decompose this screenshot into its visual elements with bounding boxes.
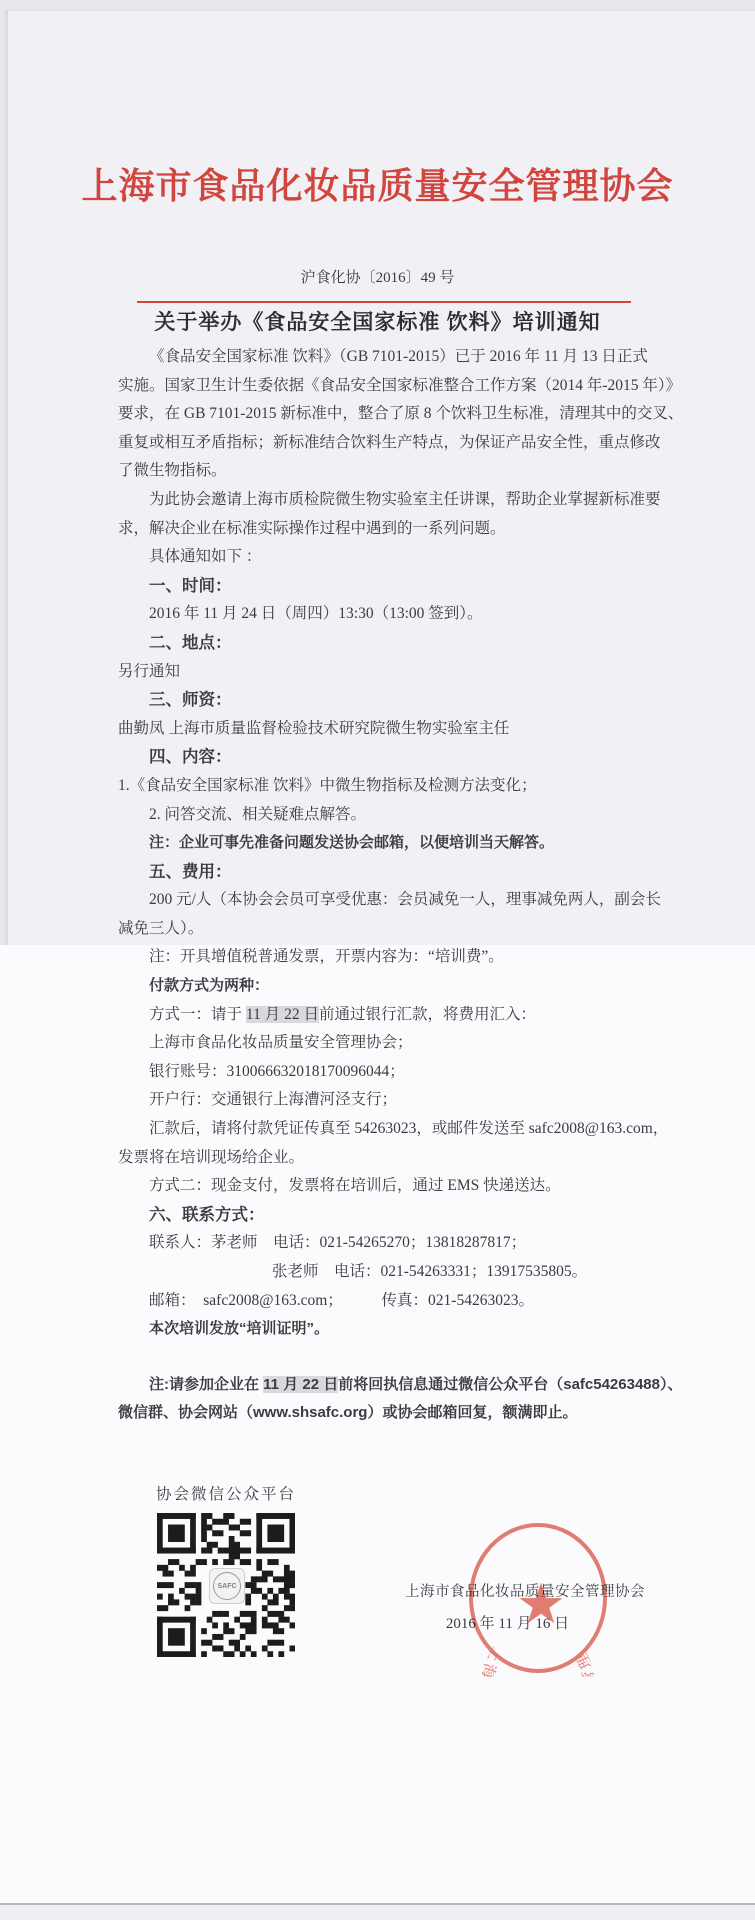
- doc-line: 另行通知: [118, 658, 652, 687]
- doc-line: 要求，在 GB 7101-2015 新标准中，整合了原 8 个饮料卫生标准，清理…: [118, 400, 652, 429]
- doc-line: 2. 问答交流、相关疑难点解答。: [118, 801, 652, 830]
- document-body: 《食品安全国家标准 饮料》（GB 7101-2015）已于 2016 年 11 …: [118, 343, 652, 1428]
- doc-line: 实施。国家卫生计生委依据《食品安全国家标准整合工作方案（2014 年-2015 …: [118, 372, 652, 401]
- doc-line: 三、师资：: [118, 686, 652, 715]
- qr-center-logo: SAFC: [209, 1568, 245, 1604]
- page-scan-left-edge: [5, 10, 8, 945]
- doc-line: 本次培训发放“培训证明”。: [118, 1315, 652, 1344]
- doc-line: 方式二：现金支付，发票将在培训后，通过 EMS 快递送达。: [118, 1172, 652, 1201]
- doc-line: 发票将在培训现场给企业。: [118, 1144, 652, 1173]
- notice-title: 关于举办《食品安全国家标准 饮料》培训通知: [0, 306, 755, 336]
- doc-line: 银行账号：310066632018170096044；: [118, 1058, 652, 1087]
- safc-logo: SAFC: [213, 1572, 241, 1600]
- date-highlight: 11 月 22 日: [246, 1006, 319, 1023]
- doc-line: 200 元/人（本协会会员可享受优惠：会员减免一人，理事减免两人，副会长: [118, 886, 652, 915]
- page-scan-top-edge: [8, 9, 755, 11]
- doc-line: 具体通知如下 ：: [118, 543, 652, 572]
- scanner-background: [0, 1905, 755, 1920]
- doc-line: 重复或相互矛盾指标；新标准结合饮料生产特点，为保证产品安全性，重点修改: [118, 429, 652, 458]
- doc-line: 求，解决企业在标准实际操作过程中遇到的一系列问题。: [118, 515, 652, 544]
- doc-line: 《食品安全国家标准 饮料》（GB 7101-2015）已于 2016 年 11 …: [118, 343, 652, 372]
- doc-line: 2016 年 11 月 24 日（周四）13:30（13:00 签到）。: [118, 600, 652, 629]
- doc-line: 一、时间：: [118, 572, 652, 601]
- doc-line: 上海市食品化妆品质量安全管理协会；: [118, 1029, 652, 1058]
- doc-line: 了微生物指标。: [118, 457, 652, 486]
- doc-line: 为此协会邀请上海市质检院微生物实验室主任讲课，帮助企业掌握新标准要: [118, 486, 652, 515]
- doc-line: 六、联系方式：: [118, 1201, 652, 1230]
- doc-line: 联系人：茅老师 电话：021-54265270；13818287817；: [118, 1229, 652, 1258]
- doc-line: 付款方式为两种：: [118, 972, 652, 1001]
- wechat-qr-code: SAFC: [157, 1513, 295, 1657]
- letterhead-divider-rule: [137, 301, 631, 303]
- org-letterhead-title: 上海市食品化妆品质量安全管理协会: [0, 158, 755, 209]
- doc-line: 曲勤凤 上海市质量监督检验技术研究院微生物实验室主任: [118, 715, 652, 744]
- doc-line: 邮箱： safc2008@163.com； 传真：021-54263023。: [118, 1287, 652, 1316]
- doc-line: 1.《食品安全国家标准 饮料》中微生物指标及检测方法变化；: [118, 772, 652, 801]
- doc-line: 注：企业可事先准备问题发送协会邮箱，以便培训当天解答。: [118, 829, 652, 858]
- doc-line: 减免三人）。: [118, 915, 652, 944]
- doc-line: 微信群、协会网站（www.shsafc.org）或协会邮箱回复，额满即止。: [118, 1399, 652, 1428]
- doc-line: 方式一：请于 11 月 22 日前通过银行汇款，将费用汇入：: [118, 1001, 652, 1030]
- doc-line: 注：开具增值税普通发票，开票内容为：“培训费”。: [118, 943, 652, 972]
- official-red-stamp: 上海市食品化妆品质量安全管理协会 ★: [465, 1520, 611, 1677]
- stamp-star-icon: ★: [516, 1574, 566, 1636]
- doc-line: 张老师 电话：021-54263331；13917535805。: [118, 1258, 652, 1287]
- doc-line: 四、内容：: [118, 743, 652, 772]
- document-number: 沪食化协〔2016〕49 号: [0, 266, 755, 287]
- doc-line: 二、地点：: [118, 629, 652, 658]
- doc-line: 开户行：交通银行上海漕河泾支行；: [118, 1086, 652, 1115]
- date-highlight: 11 月 22 日: [263, 1376, 338, 1393]
- doc-line: 注:请参加企业在 11 月 22 日前将回执信息通过微信公众平台（safc542…: [118, 1371, 652, 1400]
- qr-code-label: 协会微信公众平台: [120, 1482, 332, 1504]
- doc-line: 汇款后，请将付款凭证传真至 54263023，或邮件发送至 safc2008@1…: [118, 1115, 652, 1144]
- doc-line: 五、费用：: [118, 858, 652, 887]
